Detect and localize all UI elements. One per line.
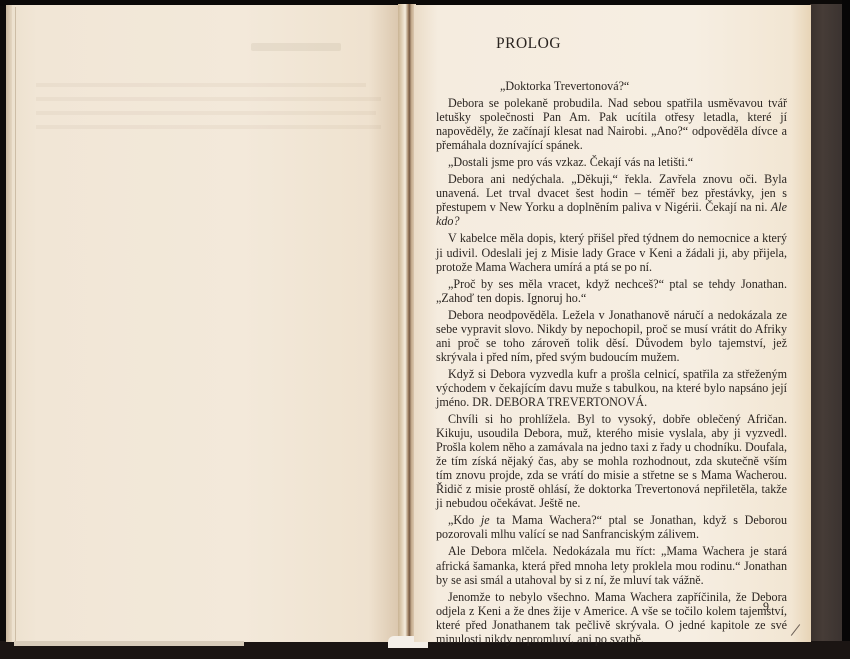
left-page-edge <box>6 5 12 642</box>
paragraph: „Proč by ses měla vracet, když nechceš?“… <box>436 277 787 305</box>
bleed-through-title <box>251 43 341 51</box>
background-right <box>842 0 850 659</box>
paragraph: Jenomže to nebylo všechno. Mama Wachera … <box>436 590 787 646</box>
paragraph: Debora se polekaně probudila. Nad sebou … <box>436 96 787 152</box>
left-page-fold-line <box>15 7 16 643</box>
paragraph: Debora ani nedýchala. „Děkuji,“ řekla. Z… <box>436 172 787 228</box>
paragraph: Když si Debora vyzvedla kufr a prošla ce… <box>436 367 787 409</box>
paragraph: „Kdo je ta Mama Wachera?“ ptal se Jonath… <box>436 513 787 541</box>
bleed-through-line <box>36 97 381 101</box>
paragraph: Chvíli si ho prohlížela. Byl to vysoký, … <box>436 412 787 510</box>
bleed-through-line <box>36 111 376 115</box>
paragraph: „Dostali jsme pro vás vzkaz. Čekají vás … <box>436 155 787 169</box>
left-page <box>6 5 400 642</box>
pencil-mark <box>791 624 800 636</box>
page-number: 9 <box>763 599 769 614</box>
bleed-through-line <box>36 83 366 87</box>
paragraph: Debora neodpověděla. Ležela v Jonathanov… <box>436 308 787 364</box>
left-page-bottom-strip <box>14 641 244 646</box>
book-cover-edge <box>810 4 842 644</box>
bleed-through-line <box>36 125 381 129</box>
paragraph: „Doktorka Trevertonová?“ <box>436 79 787 93</box>
paragraph: V kabelce měla dopis, který přišel před … <box>436 231 787 273</box>
right-page: PROLOG „Doktorka Trevertonová?“ Debora s… <box>414 5 811 642</box>
paragraph: Ale Debora mlčela. Nedokázala mu říct: „… <box>436 544 787 586</box>
chapter-title: PROLOG <box>496 35 561 53</box>
body-text: „Doktorka Trevertonová?“ Debora se polek… <box>436 79 787 649</box>
